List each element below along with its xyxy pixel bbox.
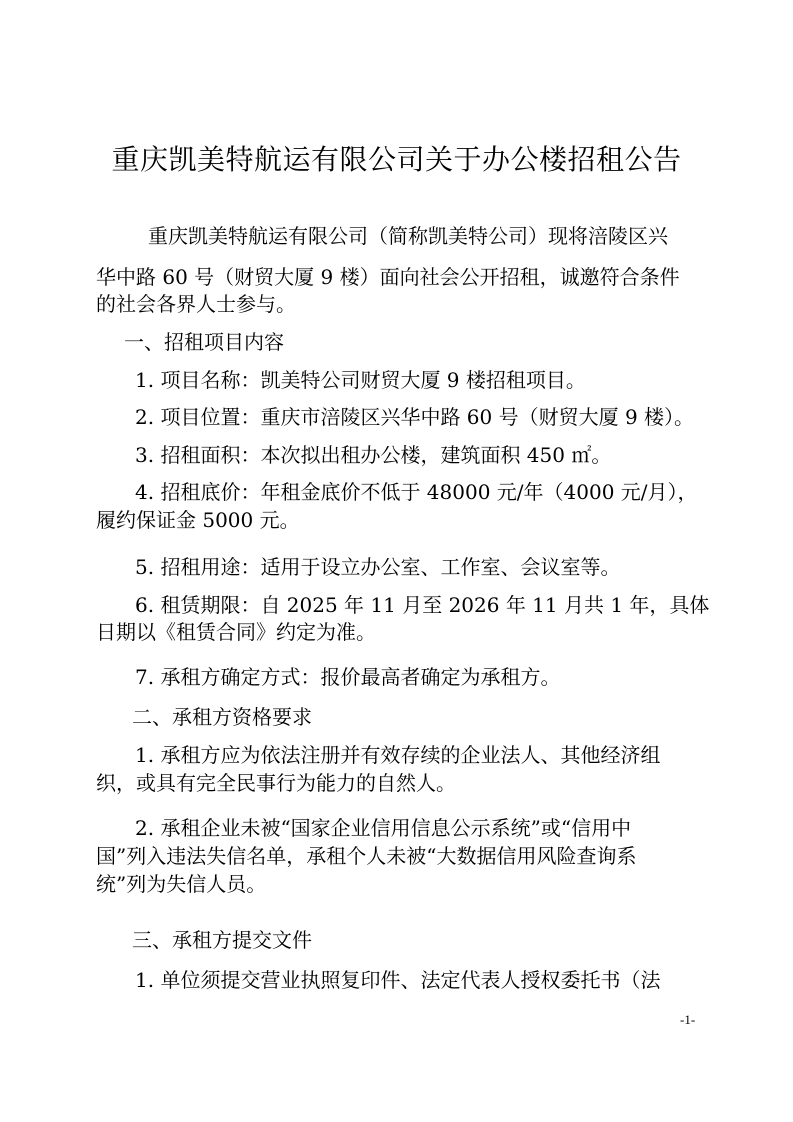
section2-item-2-line-1: 2. 承租企业未被“国家企业信用信息公示系统”或“信用中 bbox=[135, 815, 631, 841]
section1-item-2: 2. 项目位置：重庆市涪陵区兴华中路 60 号（财贸大厦 9 楼）。 bbox=[135, 404, 694, 430]
intro-line-2: 华中路 60 号（财贸大厦 9 楼）面向社会公开招租，诚邀符合条件 bbox=[96, 264, 680, 290]
section1-item-4-line-1: 4. 招租底价：年租金底价不低于 48000 元/年（4000 元/月）， bbox=[135, 479, 698, 505]
section1-item-1: 1. 项目名称：凯美特公司财贸大厦 9 楼招租项目。 bbox=[135, 367, 586, 393]
section-heading-2: 二、承租方资格要求 bbox=[132, 704, 312, 730]
page-number: -1- bbox=[680, 1012, 695, 1028]
section1-item-7: 7. 承租方确定方式：报价最高者确定为承租方。 bbox=[135, 664, 560, 690]
section1-item-4-line-2: 履约保证金 5000 元。 bbox=[96, 507, 300, 533]
section2-item-1-line-1: 1. 承租方应为依法注册并有效存续的企业法人、其他经济组 bbox=[135, 742, 660, 768]
section-heading-1: 一、招租项目内容 bbox=[124, 329, 284, 355]
section1-item-6-line-2: 日期以《租赁合同》约定为准。 bbox=[96, 619, 376, 645]
section2-item-1-line-2: 织，或具有完全民事行为能力的自然人。 bbox=[96, 770, 456, 796]
section2-item-2-line-2: 国”列入违法失信名单，承租个人未被“大数据信用风险查询系 bbox=[96, 843, 636, 869]
section1-item-3: 3. 招租面积：本次拟出租办公楼，建筑面积 450 ㎡。 bbox=[135, 442, 611, 468]
section1-item-5: 5. 招租用途：适用于设立办公室、工作室、会议室等。 bbox=[135, 554, 620, 580]
intro-line-1: 重庆凯美特航运有限公司（简称凯美特公司）现将涪陵区兴 bbox=[148, 223, 668, 249]
intro-line-3: 的社会各界人士参与。 bbox=[96, 291, 296, 317]
section1-item-6-line-1: 6. 租赁期限：自 2025 年 11 月至 2026 年 11 月共 1 年，… bbox=[135, 592, 709, 618]
section3-item-1: 1. 单位须提交营业执照复印件、法定代表人授权委托书（法 bbox=[135, 967, 660, 993]
document-title: 重庆凯美特航运有限公司关于办公楼招租公告 bbox=[0, 138, 793, 178]
section-heading-3: 三、承租方提交文件 bbox=[132, 927, 312, 953]
section2-item-2-line-3: 统”列为失信人员。 bbox=[96, 871, 266, 897]
